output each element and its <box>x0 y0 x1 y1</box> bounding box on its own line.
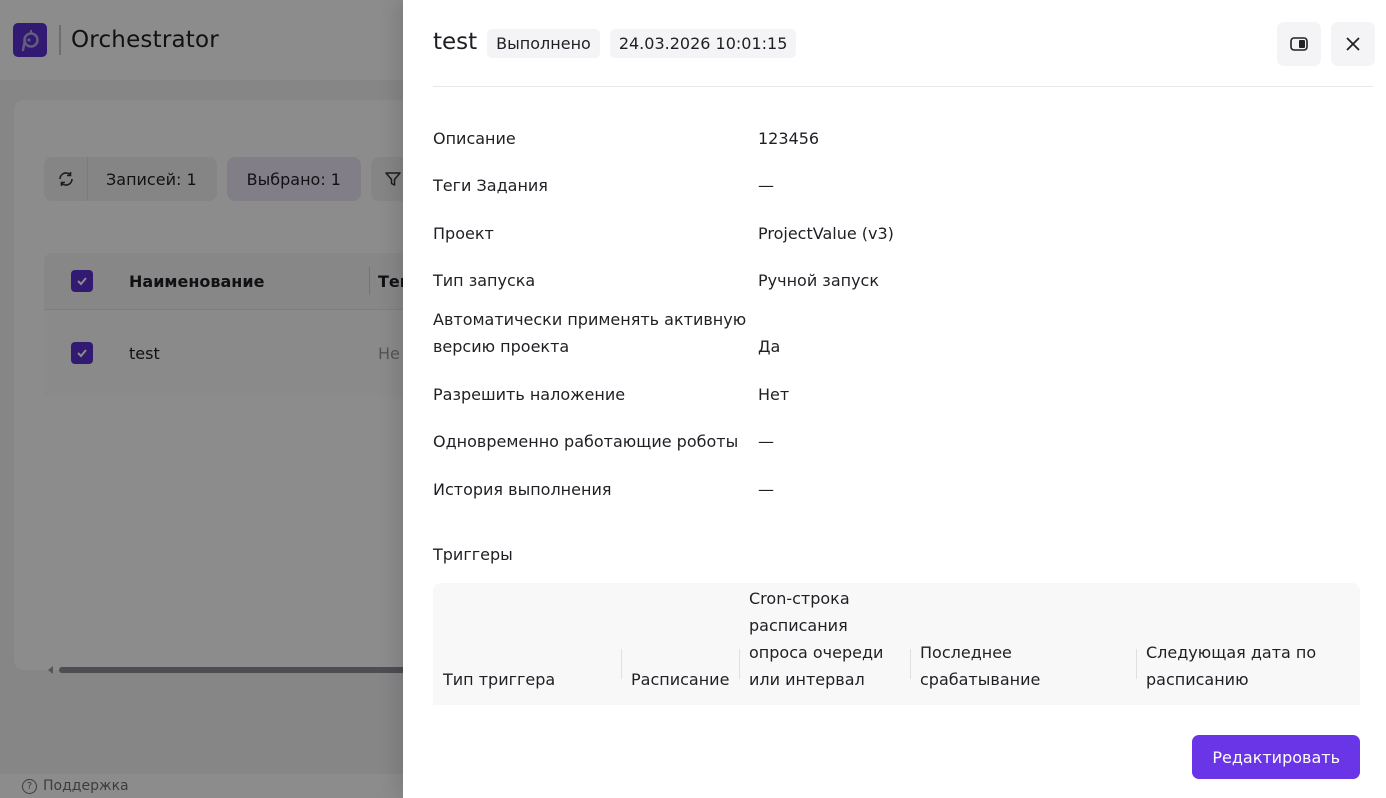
property-row: Теги Задания — <box>433 164 1373 212</box>
column-header-label: Последнее срабатывание <box>920 643 1040 689</box>
property-value: — <box>758 172 774 199</box>
drawer-header: test Выполнено 24.03.2026 10:01:15 <box>433 0 1373 87</box>
property-label: Теги Задания <box>433 172 758 199</box>
property-label: Проект <box>433 220 758 247</box>
property-row: История выполнения — <box>433 467 1373 515</box>
column-divider <box>1136 649 1137 679</box>
triggers-heading: Триггеры <box>433 545 513 564</box>
property-label: Одновременно работающие роботы <box>433 428 758 455</box>
properties-list: Описание 123456 Теги Задания — Проект Pr… <box>433 116 1373 515</box>
edit-button[interactable]: Редактировать <box>1192 735 1360 779</box>
property-value: Нет <box>758 381 789 408</box>
property-row: Одновременно работающие роботы — <box>433 420 1373 468</box>
column-header-label: Следующая дата по расписанию <box>1146 643 1316 689</box>
column-header-label: Тип триггера <box>443 670 555 689</box>
header-actions <box>1277 22 1375 66</box>
close-icon <box>1345 36 1361 52</box>
property-value: Да <box>758 333 780 360</box>
property-row: Проект ProjectValue (v3) <box>433 211 1373 259</box>
property-value: — <box>758 476 774 503</box>
panel-toggle-icon <box>1290 37 1308 51</box>
column-divider <box>739 649 740 679</box>
column-header-label: Cron-строка расписания опроса очереди ил… <box>749 589 883 689</box>
property-label: Описание <box>433 125 758 152</box>
property-row: Разрешить наложение Нет <box>433 372 1373 420</box>
status-badge: Выполнено <box>487 29 600 58</box>
timestamp-badge: 24.03.2026 10:01:15 <box>610 29 797 58</box>
property-value: — <box>758 428 774 455</box>
close-button[interactable] <box>1331 22 1375 66</box>
drawer-title: test <box>433 29 477 55</box>
property-label: Автоматически применять активную версию … <box>433 306 758 360</box>
column-header-schedule[interactable]: Расписание <box>621 666 739 693</box>
column-header-next-run[interactable]: Следующая дата по расписанию <box>1136 639 1336 693</box>
column-header-label: Расписание <box>631 670 729 689</box>
toggle-panel-button[interactable] <box>1277 22 1321 66</box>
property-value: ProjectValue (v3) <box>758 220 894 247</box>
job-details-drawer: test Выполнено 24.03.2026 10:01:15 Описа… <box>403 0 1386 798</box>
property-label: Тип запуска <box>433 267 758 294</box>
column-divider <box>910 649 911 679</box>
column-header-cron[interactable]: Cron-строка расписания опроса очереди ил… <box>739 585 910 693</box>
property-row: Тип запуска Ручной запуск <box>433 259 1373 307</box>
column-header-trigger-type[interactable]: Тип триггера <box>433 666 621 693</box>
property-row: Автоматически применять активную версию … <box>433 306 1373 372</box>
column-divider <box>621 649 622 679</box>
property-label: Разрешить наложение <box>433 381 758 408</box>
property-row: Описание 123456 <box>433 116 1373 164</box>
triggers-table-header: Тип триггера Расписание Cron-строка расп… <box>433 583 1360 705</box>
property-label: История выполнения <box>433 476 758 503</box>
property-value: Ручной запуск <box>758 267 879 294</box>
property-value: 123456 <box>758 125 819 152</box>
column-header-last-run[interactable]: Последнее срабатывание <box>910 639 1136 693</box>
